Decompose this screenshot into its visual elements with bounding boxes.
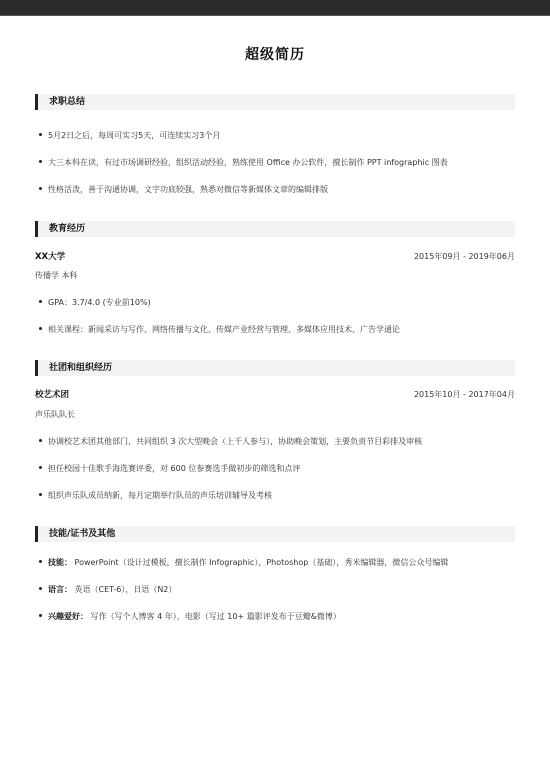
school-name: XX大学 bbox=[35, 251, 65, 263]
bullet-icon bbox=[39, 560, 42, 563]
section-header-activities: 社团和组织经历 bbox=[35, 360, 515, 376]
section-header-summary: 求职总结 bbox=[35, 94, 515, 110]
list-item: GPA：3.7/4.0 (专业前10%) bbox=[39, 297, 151, 309]
section-title: 教育经历 bbox=[49, 222, 85, 236]
activity-date: 2015年10月 - 2017年04月 bbox=[414, 389, 515, 401]
list-item: 语言： 英语（CET-6），日语（N2） bbox=[39, 584, 176, 596]
section-title: 社团和组织经历 bbox=[49, 361, 112, 375]
bullet-icon bbox=[39, 160, 42, 163]
section-title: 技能/证书及其他 bbox=[49, 527, 115, 541]
bullet-icon bbox=[39, 493, 42, 496]
bullet-icon bbox=[39, 614, 42, 617]
list-item: 协调校艺术团其他部门，共同组织 3 次大型晚会（上千人参与），协助晚会策划，主要… bbox=[39, 436, 422, 448]
bullet-icon bbox=[39, 439, 42, 442]
list-item: 担任校园十佳歌手海选赛评委，对 600 位参赛选手做初步的筛选和点评 bbox=[39, 463, 300, 475]
section-title: 求职总结 bbox=[49, 95, 85, 109]
bullet-icon bbox=[39, 466, 42, 469]
bullet-icon bbox=[39, 133, 42, 136]
bullet-icon bbox=[39, 300, 42, 303]
list-item: 技能： PowerPoint（设计过模板，擅长制作 Infographic），P… bbox=[39, 557, 448, 569]
section-header-education: 教育经历 bbox=[35, 221, 515, 237]
list-item: 5月2日之后，每周可实习5天，可连续实习3个月 bbox=[39, 130, 220, 142]
section-header-skills: 技能/证书及其他 bbox=[35, 526, 515, 542]
top-bar bbox=[0, 0, 550, 16]
list-item: 性格活泼，善于沟通协调，文字功底较强，熟悉对微信等新媒体文章的编辑排版 bbox=[39, 184, 328, 196]
bullet-icon bbox=[39, 327, 42, 330]
org-name: 校艺术团 bbox=[35, 389, 69, 401]
bullet-icon bbox=[39, 187, 42, 190]
page-title: 超级简历 bbox=[0, 44, 550, 64]
role: 声乐队队长 bbox=[35, 409, 75, 421]
list-item: 兴趣爱好： 写作（写个人博客 4 年），电影（写过 10+ 篇影评发布于豆瓣&微… bbox=[39, 611, 341, 623]
list-item: 大三本科在读，有过市场调研经验，组织活动经验，熟练使用 Office 办公软件，… bbox=[39, 157, 448, 169]
list-item: 相关课程：新闻采访与写作、网络传播与文化、传媒产业经营与管理、多媒体应用技术、广… bbox=[39, 324, 400, 336]
education-date: 2015年09月 - 2019年06月 bbox=[414, 251, 515, 263]
bullet-icon bbox=[39, 587, 42, 590]
list-item: 组织声乐队成员纳新，每月定期举行队员的声乐培训辅导及考核 bbox=[39, 490, 272, 502]
major: 传播学 本科 bbox=[35, 270, 78, 282]
